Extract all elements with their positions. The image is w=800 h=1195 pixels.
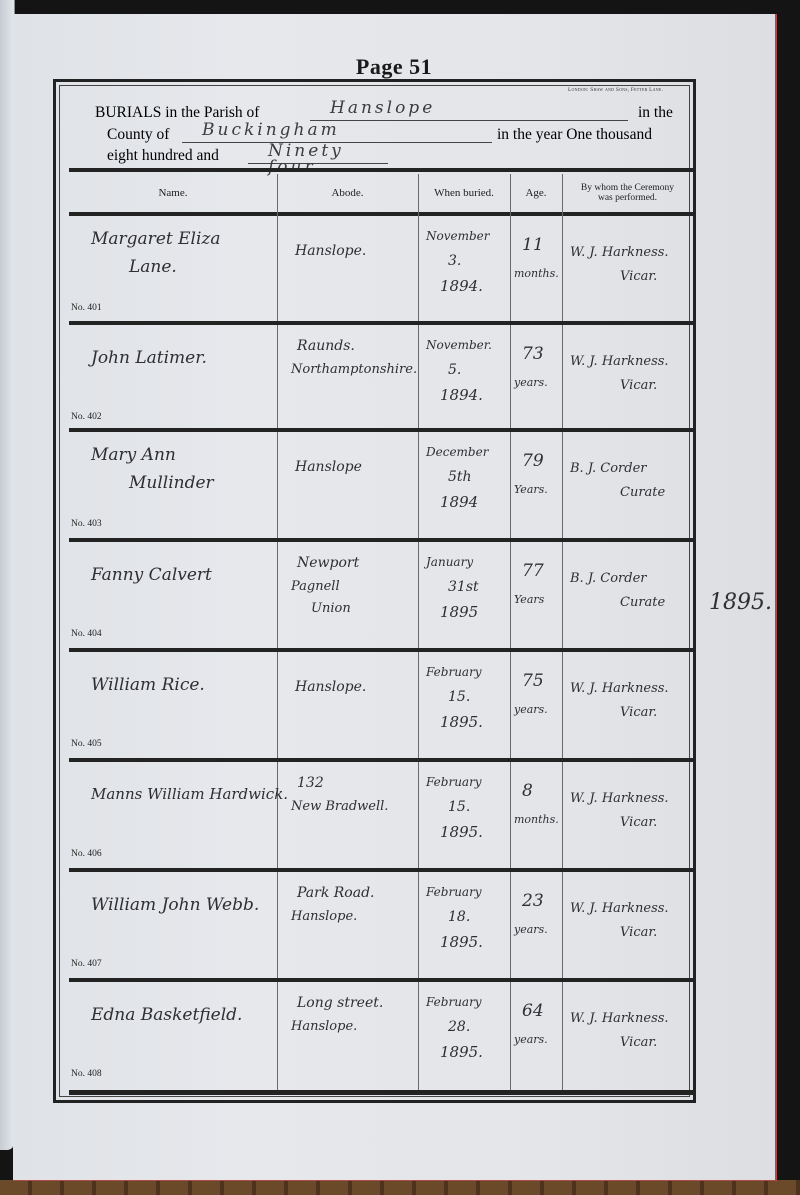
officiant-cell: W. J. Harkness. Vicar.: [562, 983, 693, 1087]
officiant-title: Vicar.: [620, 269, 657, 284]
burial-day: 15.: [448, 689, 470, 705]
burial-year: 1895: [440, 603, 478, 621]
age-cell: 73 years.: [510, 326, 562, 430]
burial-month: February: [426, 995, 482, 1009]
burial-year: 1894.: [440, 386, 483, 404]
officiant-cell: W. J. Harkness. Vicar.: [562, 326, 693, 430]
header-line1-suffix: in the: [638, 104, 673, 122]
officiant-cell: W. J. Harkness. Vicar.: [562, 217, 693, 321]
abode-line1: Park Road.: [297, 885, 375, 901]
abode-line1: Raunds.: [297, 338, 355, 354]
age-unit: months.: [514, 813, 559, 826]
page-title: Page 51: [13, 54, 775, 80]
header-line2-suffix: in the year One thousand: [497, 126, 652, 144]
officiant-title: Vicar.: [620, 815, 657, 830]
deceased-name: John Latimer.: [91, 348, 207, 368]
age-value: 64: [522, 1001, 544, 1021]
entry-separator: [69, 428, 693, 432]
burial-month: November: [426, 229, 490, 243]
entry-number: No. 406: [71, 849, 102, 859]
deceased-name: Mary Ann: [91, 445, 176, 465]
burial-year: 1894.: [440, 277, 483, 295]
abode-line2: Northamptonshire.: [291, 362, 417, 377]
column-header-when-buried: When buried.: [418, 174, 510, 212]
deceased-name: Fanny Calvert: [91, 565, 212, 585]
burial-month: December: [426, 445, 488, 459]
age-value: 73: [522, 344, 544, 364]
age-cell: 77 Years: [510, 543, 562, 647]
abode-cell: Park Road. Hanslope.: [277, 873, 418, 977]
burial-year: 1894: [440, 493, 478, 511]
burial-day: 31st: [448, 579, 479, 595]
burial-year: 1895.: [440, 1043, 483, 1061]
age-cell: 75 years.: [510, 653, 562, 757]
burial-entry: John Latimer. No. 402 Raunds. Northampto…: [69, 326, 693, 430]
officiant-name: W. J. Harkness.: [570, 681, 669, 696]
burial-date-cell: December 5th 1894: [418, 433, 510, 537]
entry-number: No. 403: [71, 519, 102, 529]
age-unit: years.: [514, 703, 548, 716]
entry-number: No. 402: [71, 412, 102, 422]
burial-day: 3.: [448, 253, 461, 269]
abode-cell: Hanslope.: [277, 217, 418, 321]
officiant-title: Curate: [620, 595, 665, 610]
entry-separator: [69, 321, 693, 325]
abode-line2: Hanslope.: [291, 1019, 357, 1034]
burial-day: 5.: [448, 362, 461, 378]
burial-date-cell: February 15. 1895.: [418, 763, 510, 867]
deceased-name: William Rice.: [91, 675, 205, 695]
abode-cell: Raunds. Northamptonshire.: [277, 326, 418, 430]
deceased-name: Margaret Eliza: [91, 229, 220, 249]
burial-month: February: [426, 665, 482, 679]
burial-day: 5th: [448, 469, 472, 485]
burial-date-cell: February 18. 1895.: [418, 873, 510, 977]
age-unit: Years: [514, 593, 544, 606]
entry-number: No. 408: [71, 1069, 102, 1079]
burial-year: 1895.: [440, 713, 483, 731]
name-cell: Manns William Hardwick. No. 406: [69, 763, 277, 867]
abode-line3: Union: [311, 601, 351, 616]
age-unit: Years.: [514, 483, 548, 496]
age-value: 8: [522, 781, 533, 801]
burial-year: 1895.: [440, 933, 483, 951]
age-unit: years.: [514, 923, 548, 936]
age-unit: years.: [514, 376, 548, 389]
header-rule: [69, 168, 693, 172]
abode-line1: Long street.: [297, 995, 383, 1011]
age-cell: 79 Years.: [510, 433, 562, 537]
abode-cell: Long street. Hanslope.: [277, 983, 418, 1087]
column-header-officiant: By whom the Ceremony was performed.: [562, 174, 693, 212]
name-cell: Margaret Eliza Lane. No. 401: [69, 217, 277, 321]
burial-entry: Margaret Eliza Lane. No. 401 Hanslope. N…: [69, 217, 693, 321]
officiant-name: W. J. Harkness.: [570, 791, 669, 806]
burial-date-cell: February 15. 1895.: [418, 653, 510, 757]
abode-cell: Newport Pagnell Union: [277, 543, 418, 647]
name-cell: John Latimer. No. 402: [69, 326, 277, 430]
entry-separator: [69, 868, 693, 872]
entry-separator: [69, 538, 693, 542]
age-cell: 23 years.: [510, 873, 562, 977]
burial-entry: William John Webb. No. 407 Park Road. Ha…: [69, 873, 693, 977]
margin-year-note: 1895.: [709, 590, 772, 615]
officiant-name: B. J. Corder: [570, 571, 647, 586]
officiant-title: Vicar.: [620, 378, 657, 393]
burial-entry: Edna Basketfield. No. 408 Long street. H…: [69, 983, 693, 1087]
officiant-name: W. J. Harkness.: [570, 901, 669, 916]
burial-entry: Mary Ann Mullinder No. 403 Hanslope Dece…: [69, 433, 693, 537]
officiant-name: B. J. Corder: [570, 461, 647, 476]
county-field: Buckingham: [182, 122, 492, 143]
deceased-name: William John Webb.: [91, 895, 259, 915]
age-cell: 8 months.: [510, 763, 562, 867]
header-line2-prefix: County of: [107, 126, 169, 144]
column-header-abode: Abode.: [277, 174, 418, 212]
burial-date-cell: February 28. 1895.: [418, 983, 510, 1087]
age-unit: years.: [514, 1033, 548, 1046]
burial-entry: Manns William Hardwick. No. 406 132 New …: [69, 763, 693, 867]
abode-line1: Hanslope.: [295, 243, 366, 259]
officiant-title: Vicar.: [620, 705, 657, 720]
entry-separator: [69, 758, 693, 762]
age-value: 79: [522, 451, 544, 471]
abode-cell: Hanslope.: [277, 653, 418, 757]
burial-day: 18.: [448, 909, 470, 925]
officiant-cell: W. J. Harkness. Vicar.: [562, 653, 693, 757]
burial-year: 1895.: [440, 823, 483, 841]
entry-number: No. 407: [71, 959, 102, 969]
burial-month: November.: [426, 338, 492, 352]
table-surface: [0, 1180, 800, 1195]
age-value: 23: [522, 891, 544, 911]
age-value: 75: [522, 671, 544, 691]
abode-line1: Hanslope.: [295, 679, 366, 695]
officiant-title: Vicar.: [620, 925, 657, 940]
officiant-name: W. J. Harkness.: [570, 245, 669, 260]
abode-line2: New Bradwell.: [291, 799, 388, 814]
burial-month: February: [426, 885, 482, 899]
column-header-rule: [69, 212, 693, 216]
officiant-title: Curate: [620, 485, 665, 500]
abode-cell: 132 New Bradwell.: [277, 763, 418, 867]
header-line3-prefix: eight hundred and: [107, 147, 219, 165]
name-cell: William John Webb. No. 407: [69, 873, 277, 977]
age-unit: months.: [514, 267, 559, 280]
entry-separator: [69, 648, 693, 652]
age-value: 77: [522, 561, 544, 581]
burial-date-cell: January 31st 1895: [418, 543, 510, 647]
name-cell: Mary Ann Mullinder No. 403: [69, 433, 277, 537]
name-cell: William Rice. No. 405: [69, 653, 277, 757]
name-cell: Fanny Calvert No. 404: [69, 543, 277, 647]
column-header-age: Age.: [510, 174, 562, 212]
entry-number: No. 405: [71, 739, 102, 749]
abode-line2: Pagnell: [291, 579, 340, 594]
burial-day: 28.: [448, 1019, 470, 1035]
deceased-name-line2: Mullinder: [129, 473, 214, 493]
officiant-cell: B. J. Corder Curate: [562, 543, 693, 647]
age-value: 11: [522, 235, 544, 255]
age-cell: 11 months.: [510, 217, 562, 321]
burial-date-cell: November 3. 1894.: [418, 217, 510, 321]
officiant-name: W. J. Harkness.: [570, 1011, 669, 1026]
burial-month: February: [426, 775, 482, 789]
entry-separator: [69, 978, 693, 982]
officiant-cell: B. J. Corder Curate: [562, 433, 693, 537]
abode-line1: Hanslope: [295, 459, 362, 475]
abode-line2: Hanslope.: [291, 909, 357, 924]
burial-month: January: [426, 555, 473, 569]
column-header-name: Name.: [69, 174, 277, 212]
deceased-name: Manns William Hardwick.: [91, 785, 288, 803]
burial-date-cell: November. 5. 1894.: [418, 326, 510, 430]
year-field: Ninety four: [248, 143, 388, 164]
abode-cell: Hanslope: [277, 433, 418, 537]
officiant-title: Vicar.: [620, 1035, 657, 1050]
parish-field: Hanslope: [310, 100, 628, 121]
officiant-cell: W. J. Harkness. Vicar.: [562, 873, 693, 977]
deceased-name: Edna Basketfield.: [91, 1005, 242, 1025]
age-cell: 64 years.: [510, 983, 562, 1087]
abode-line1: 132: [297, 775, 324, 791]
entry-number: No. 401: [71, 303, 102, 313]
officiant-cell: W. J. Harkness. Vicar.: [562, 763, 693, 867]
officiant-name: W. J. Harkness.: [570, 354, 669, 369]
bottom-rule: [69, 1090, 693, 1095]
abode-line1: Newport: [297, 555, 359, 571]
name-cell: Edna Basketfield. No. 408: [69, 983, 277, 1087]
deceased-name-line2: Lane.: [129, 257, 177, 277]
entry-number: No. 404: [71, 629, 102, 639]
burial-entry: William Rice. No. 405 Hanslope. February…: [69, 653, 693, 757]
burial-entry: Fanny Calvert No. 404 Newport Pagnell Un…: [69, 543, 693, 647]
burial-day: 15.: [448, 799, 470, 815]
